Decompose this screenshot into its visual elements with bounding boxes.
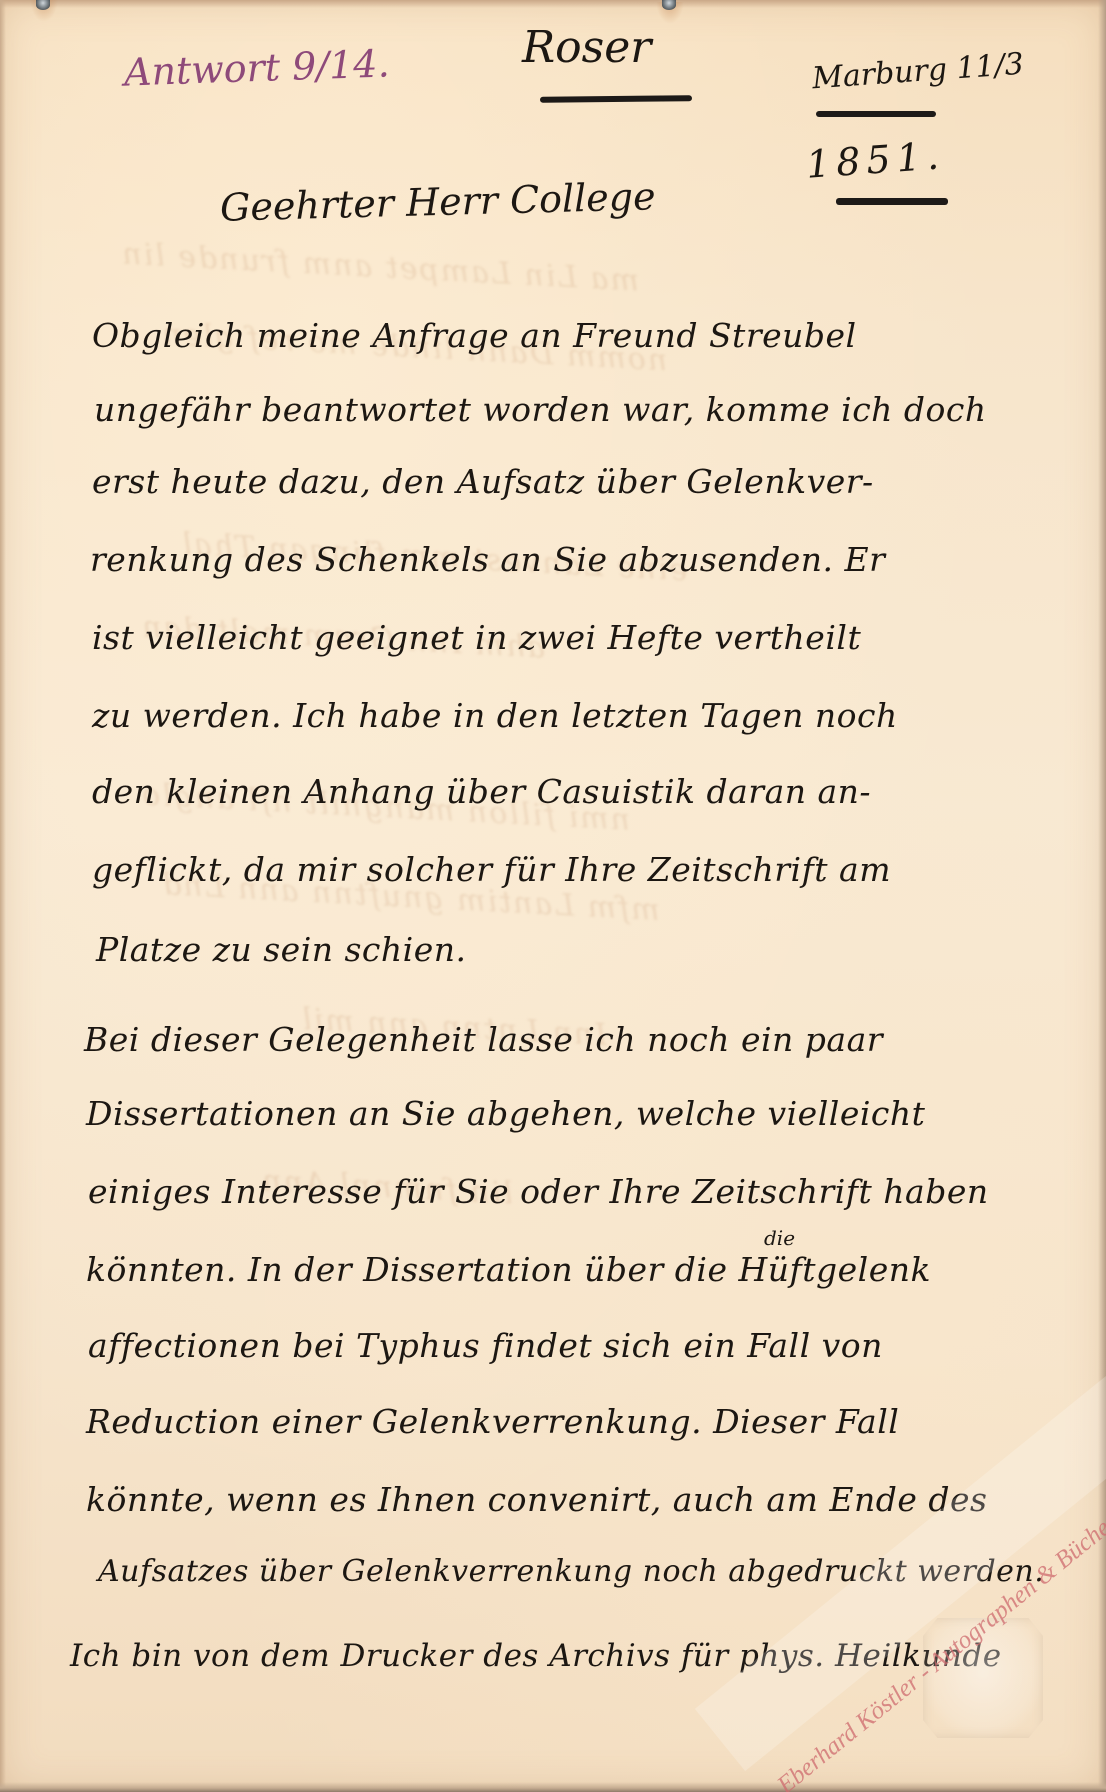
reply-annotation: Antwort 9/14. [123, 41, 390, 94]
sender-name: Roser [522, 22, 651, 73]
letter-line: den kleinen Anhang über Casuistik daran … [92, 772, 871, 811]
pin-hole-icon [36, 0, 50, 10]
paper-top-edge [0, 0, 1106, 8]
paper-bottom-edge [0, 1782, 1106, 1792]
letter-page: ma Lin Lampet anm frunde lin nomm Dann l… [0, 0, 1106, 1792]
letter-line: könnten. In der Dissertation über die Hü… [86, 1250, 931, 1289]
letter-line: erst heute dazu, den Aufsatz über Gelenk… [92, 462, 874, 501]
salutation: Geehrter Herr College [219, 174, 656, 229]
letter-line: Reduction einer Gelenkverrenkung. Dieser… [86, 1402, 899, 1441]
letter-line: Obgleich meine Anfrage an Freund Streube… [92, 316, 857, 355]
letter-line: renkung des Schenkels an Sie abzusenden.… [90, 540, 885, 579]
letter-line: zu werden. Ich habe in den letzten Tagen… [92, 696, 898, 735]
letter-line: Platze zu sein schien. [96, 930, 467, 969]
sender-underline [540, 95, 692, 103]
place-date: Marburg 11/3 [811, 47, 1025, 97]
letter-year: 1851. [805, 133, 947, 187]
letter-line: Dissertationen an Sie abgehen, welche vi… [86, 1094, 925, 1133]
letter-line: affectionen bei Typhus findet sich ein F… [88, 1326, 883, 1365]
bleed-through-text: ma Lin Lampet anm frunde lin [119, 236, 639, 298]
letter-line: ungefähr beantwortet worden war, komme i… [94, 390, 987, 429]
pin-hole-icon [662, 0, 676, 10]
letter-line: Bei dieser Gelegenheit lasse ich noch ei… [84, 1020, 883, 1059]
inserted-word: die [764, 1226, 795, 1250]
paper-left-edge [0, 0, 6, 1792]
letter-line: könnte, wenn es Ihnen convenirt, auch am… [86, 1480, 987, 1519]
letter-line: ist vielleicht geeignet in zwei Hefte ve… [92, 618, 861, 657]
letter-line: geflickt, da mir solcher für Ihre Zeitsc… [92, 850, 891, 889]
year-underline [836, 198, 948, 205]
letter-line: einiges Interesse für Sie oder Ihre Zeit… [88, 1172, 989, 1211]
place-underline [816, 111, 936, 117]
